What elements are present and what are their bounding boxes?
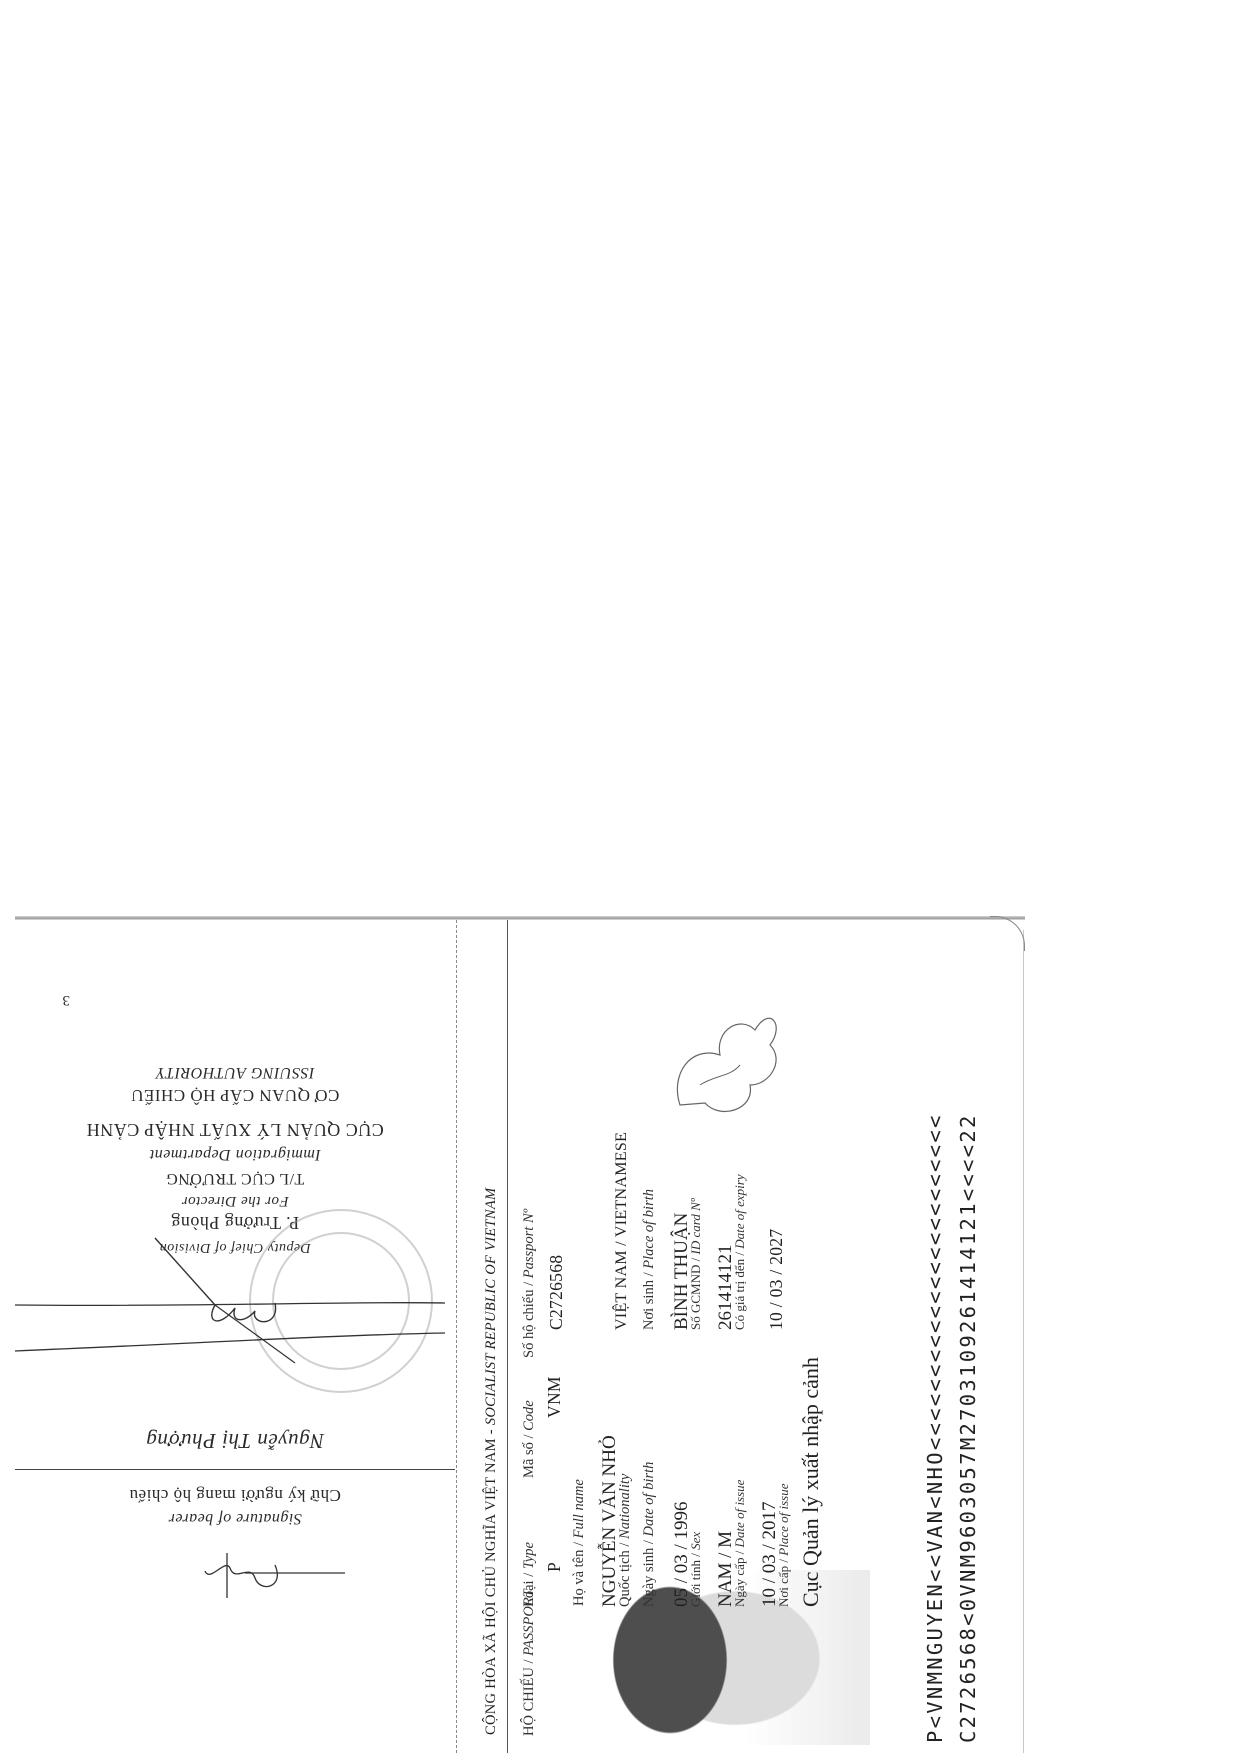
date-of-birth-label: Ngày sinh / Date of birth	[642, 1462, 657, 1607]
bearer-signature-vi: Chữ ký người mang hộ chiếu	[15, 1485, 455, 1505]
header-divider	[507, 920, 508, 1753]
place-of-birth-label: Nơi sinh / Place of birth	[642, 1189, 657, 1330]
mrz-line-1: P<VNMNGUYEN<<VAN<NHO<<<<<<<<<<<<<<<<<<<<…	[925, 1113, 946, 1743]
document-title: HỘ CHIẾU / PASSPORT	[522, 1589, 537, 1736]
bearer-signature	[115, 1533, 355, 1613]
signature-divider	[15, 1469, 455, 1470]
issuing-authority-page: 3 CƠ QUAN CẤP HỘ CHIẾU ISSUING AUTHORITY…	[15, 920, 455, 1753]
sex-label: Giới tính / Sex	[689, 1532, 702, 1607]
full-name-label: Họ và tên / Full name	[572, 1479, 587, 1606]
type-value: P	[546, 1562, 564, 1572]
issuing-authority-en: ISSUING AUTHORITY	[15, 1063, 455, 1081]
date-of-expiry-label: Có giá trị đến / Date of expiry	[733, 1174, 746, 1330]
official-name: Nguyễn Thị Phượng	[15, 1428, 455, 1453]
id-card-label: Số GCMND / ID card Nº	[689, 1198, 702, 1330]
type-label: Loại / Type	[522, 1542, 537, 1607]
date-of-expiry-value: 10 / 03 / 2027	[768, 1229, 786, 1330]
date-of-issue-label: Ngày cấp / Date of issue	[733, 1480, 746, 1607]
passport-number-label: Số hộ chiếu / Passport Nº	[522, 1209, 537, 1358]
place-of-issue-label: Nơi cấp / Place of issue	[777, 1484, 790, 1608]
bearer-signature-en: Signature of bearer	[15, 1509, 455, 1527]
passport-number-value: C2726568	[548, 1255, 566, 1330]
official-signature	[15, 1223, 455, 1423]
code-value: VNM	[546, 1376, 564, 1418]
mrz-line-2: C2726568<0VNM9603057M2703109261414121<<<…	[958, 1113, 979, 1743]
republic-header: CỘNG HÒA XÃ HỘI CHỦ NGHĨA VIỆT NAM - SOC…	[484, 1188, 499, 1735]
for-director-vi: T/L CỤC TRƯỞNG	[15, 1169, 455, 1187]
booklet-right-edge	[1023, 930, 1024, 1753]
emblem-watermark	[660, 985, 790, 1135]
page-number: 3	[63, 991, 71, 1008]
for-director-en: For the Director	[15, 1192, 455, 1209]
issuing-authority-vi: CƠ QUAN CẤP HỘ CHIẾU	[15, 1085, 455, 1105]
department-vi: CỤC QUẢN LÝ XUẤT NHẬP CẢNH	[15, 1119, 455, 1140]
nationality-label: Quốc tịch / Nationality	[618, 1474, 633, 1607]
code-label: Mã số / Code	[522, 1400, 537, 1478]
department-en: Immigration Department	[15, 1145, 455, 1163]
booklet-rounded-corner	[990, 916, 1025, 951]
page-fold-line	[456, 920, 457, 1753]
place-of-issue-value: Cục Quản lý xuất nhập cảnh	[800, 1357, 822, 1607]
nationality-value: VIỆT NAM / VIETNAMESE	[614, 1132, 630, 1330]
